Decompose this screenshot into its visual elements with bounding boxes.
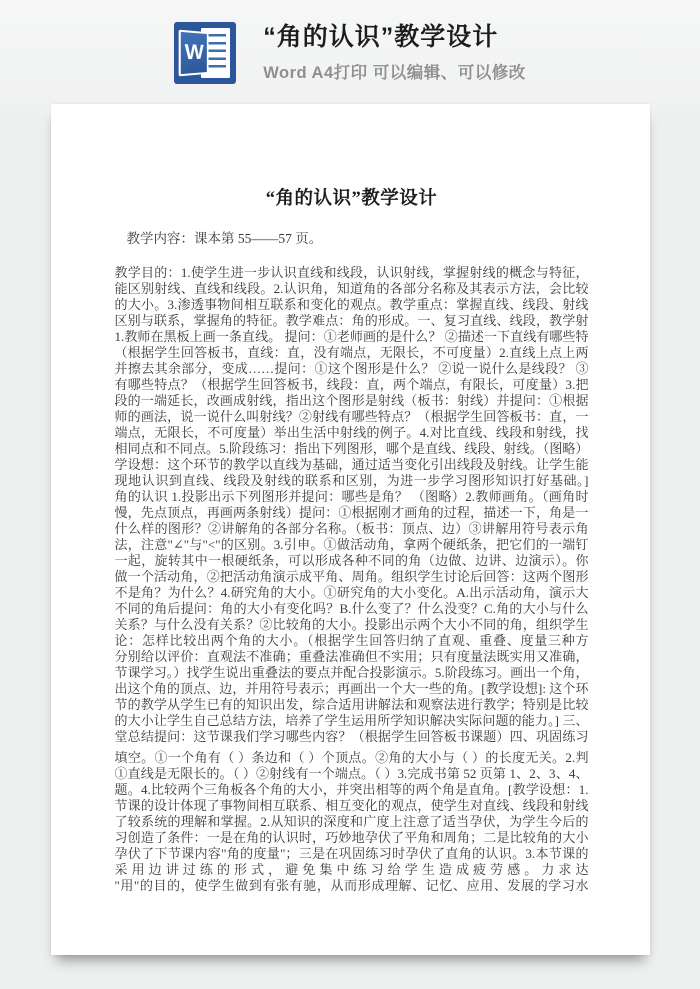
text-line: 不同的角后提问：角的大小有变化吗？B.什么变了？什么没变？C.角的大小与什么有 (115, 601, 589, 617)
text-line: 师的画法，说一说什么叫射线？②射线有哪些特点？（根据学生回答板书：直，一个 (115, 409, 589, 425)
text-line: 堂总结提问：这节课我们学习哪些内容？（根据学生回答板书课题）四、巩固练习 1. (115, 729, 589, 745)
text-line: 慢，先点顶点，再画两条射线）提问：①根据刚才画角的过程，描述一下，角是一种 (115, 505, 589, 521)
header-text: “角的认识”教学设计 Word A4打印 可以编辑、可以修改 (263, 23, 526, 83)
text-line: 学设想：这个环节的教学以直线为基础，通过适当变化引出线段及射线。让学生能在 (115, 457, 589, 473)
text-line: 教学目的：1.使学生进一步认识直线和线段，认识射线，掌握射线的概念与特征，并 (115, 265, 589, 281)
teaching-content-line: 教学内容：课本第 55——57 页。 (115, 227, 589, 247)
text-line: 做一个活动角，②把活动角演示成平角、周角。组织学生讨论后回答：这两个图形是 (115, 569, 589, 585)
text-line: 采用边讲过练的形式，避免集中练习给学生造成疲劳感。力求达到"新"、"活"、"实"… (115, 862, 589, 878)
header: W “角的认识”教学设计 Word A4打印 可以编辑、可以修改 (0, 0, 700, 104)
text-line: 能区别射线、直线和线段。2.认识角，知道角的各部分名称及其表示方法，会比较角 (115, 281, 589, 297)
document-page: “角的认识”教学设计 教学内容：课本第 55——57 页。 教学目的：1.使学生… (51, 104, 650, 955)
word-icon-letter: W (179, 30, 209, 77)
text-line: 节的教学从学生已有的知识出发，综合适用讲解法和观察法进行教学；特别是比较角 (115, 697, 589, 713)
text-line: 现地认识到直线、线段及射线的联系和区别，为进一步学习图形知识打好基础。] 二、 (115, 473, 589, 489)
text-line: 关系？与什么没有关系？②比较角的大小。投影出示两个大小不同的角，组织学生讨 (115, 617, 589, 633)
text-line: 端点，无限长，不可度量）举出生活中射线的例子。4.对比直线、线段和射线，找出 (115, 425, 589, 441)
text-line: 角的认识 1.投影出示下列图形并提问：哪些是角？ （图略）2.教师画角。（画角时… (115, 489, 589, 505)
document-body-paragraph-1: 教学目的：1.使学生进一步认识直线和线段，认识射线，掌握射线的概念与特征，并能区… (115, 265, 589, 745)
text-line: 并擦去其余部分，变成……提问：①这个图形是什么？ ②说一说什么是线段？ ③线段 (115, 361, 589, 377)
text-line: 分别给以评价：直观法不准确；重叠法准确但不实用；只有度量法既实用又准确，下 (115, 649, 589, 665)
text-line: （根据学生回答板书，直线：直，没有端点，无限长，不可度量）2.直线上点上两点 (115, 345, 589, 361)
text-line: 的大小让学生自己总结方法，培养了学生运用所学知识解决实际问题的能力。] 三、课 (115, 713, 589, 729)
text-line: 什么样的图形？②讲解角的各部分名称。（板书：顶点、边）③讲解用符号表示角的方 (115, 521, 589, 537)
text-line: 节课的设计体现了事物间相互联系、相互变化的观点，使学生对直线、线段和射线有 (115, 798, 589, 814)
document-body-paragraph-2: 填空。①一个角有（ ）条边和（ ）个顶点。②角的大小与（ ）的长度无关。2.判断… (115, 750, 589, 894)
text-line: 论：怎样比较出两个角的大小。（根据学生回答归纳了直观、重叠、度量三种方法，并 (115, 633, 589, 649)
word-icon: W (174, 22, 236, 84)
text-line: 习创造了条件：一是在角的认识时，巧妙地孕伏了平角和周角；二是比较角的大小时 (115, 830, 589, 846)
text-line: 不是角？为什么？4.研究角的大小。①研究角的大小变化。A.出示活动角，演示大小 (115, 585, 589, 601)
text-line: 出这个角的顶点、边，并用符号表示；再画出一个大一些的角。[教学设想]: 这个环 (115, 681, 589, 697)
header-title: “角的认识”教学设计 (263, 23, 526, 52)
text-line: 了较系统的理解和掌握。2.从知识的深度和广度上注意了适当孕伏，为学生今后的学 (115, 814, 589, 830)
text-line: 一起，旋转其中一根硬纸条，可以形成各种不同的角（边做、边讲、边演示）。你自己 (115, 553, 589, 569)
text-line: 填空。①一个角有（ ）条边和（ ）个顶点。②角的大小与（ ）的长度无关。2.判断… (115, 750, 589, 766)
text-line: 法，注意"∠"与"<"的区别。3.引申。①做活动角，拿两个硬纸条，把它们的一端钉… (115, 537, 589, 553)
text-line: 题。4.比较两个三角板各个角的大小，并突出相等的两个角是直角。[教学设想：1.本 (115, 782, 589, 798)
document-title: “角的认识”教学设计 (115, 184, 589, 210)
text-line: ①直线是无限长的。（ ）②射线有一个端点。（ ）3.完成书第 52 页第 1、2… (115, 766, 589, 782)
text-line: 有哪些特点？（根据学生回答板书，线段：直，两个端点，有限长，可度量）3.把线 (115, 377, 589, 393)
header-subtitle: Word A4打印 可以编辑、可以修改 (263, 59, 526, 83)
text-line: 1.教师在黑板上画一条直线。 提问：①老师画的是什么？ ②描述一下直线有哪些特点… (115, 329, 589, 345)
text-line: 区别与联系，掌握角的特征。教学难点：角的形成。一、复习直线、线段，教学射线 (115, 313, 589, 329)
text-line: 节课学习。）找学生说出重叠法的要点并配合投影演示。5.阶段练习。画出一个角，标 (115, 665, 589, 681)
text-line: 相同点和不同点。5.阶段练习：指出下列图形，哪个是直线、线段、射线。（图略）[教 (115, 441, 589, 457)
text-line: 段的一端延长，改画成射线，指出这个图形是射线（板书：射线）并提问：①根据老 (115, 393, 589, 409)
text-line: "用"的目的，使学生做到有张有驰，从而形成理解、记忆、应用、发展的学习水平。] (115, 878, 589, 894)
text-line: 的大小。3.渗透事物间相互联系和变化的观点。教学重点：掌握直线、线段、射线的 (115, 297, 589, 313)
text-line: 孕伏了下节课内容"角的度量"；三是在巩固练习时孕伏了直角的认识。3.本节课的练习 (115, 846, 589, 862)
